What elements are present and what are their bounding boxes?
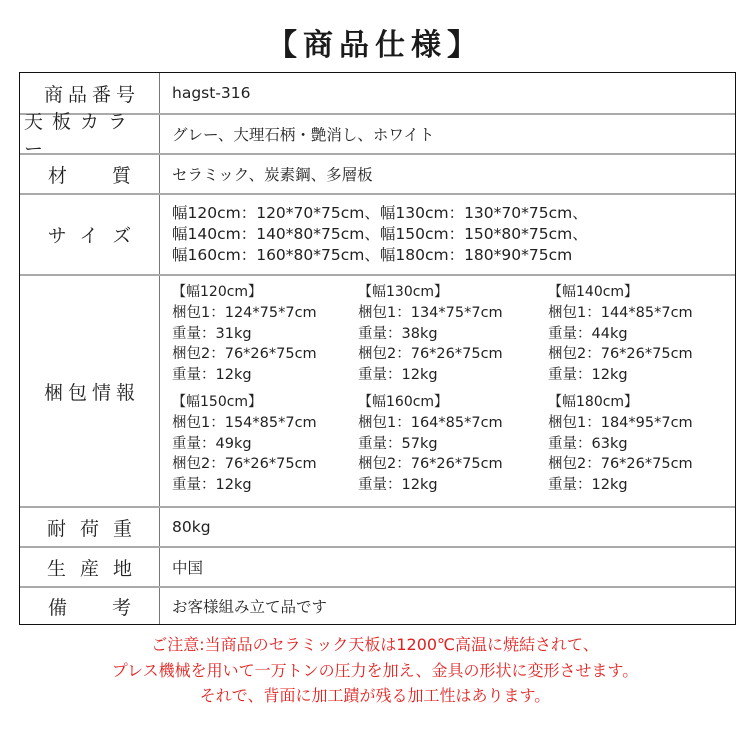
packaging-title: 【幅150cm】	[172, 392, 358, 413]
spec-table: 商品番号 hagst-316 天板カラー グレー、大理石柄・艶消し、ホワイト 材…	[19, 72, 736, 625]
packaging-weight2: 重量：12kg	[548, 475, 728, 496]
packaging-weight1: 重量：49kg	[172, 434, 358, 455]
packaging-box1: 梱包1：134*75*7cm	[358, 303, 548, 324]
packaging-weight1: 重量：31kg	[172, 324, 358, 345]
notice-text: ご注意:当商品のセラミック天板は1200℃高温に焼結されて、 プレス機械を用いて…	[0, 632, 750, 709]
packaging-title: 【幅180cm】	[548, 392, 728, 413]
packaging-weight1: 重量：38kg	[358, 324, 548, 345]
value-packaging: 【幅120cm】 梱包1：124*75*7cm 重量：31kg 梱包2：76*2…	[160, 276, 735, 506]
packaging-weight1: 重量：63kg	[548, 434, 728, 455]
packaging-weight1: 重量：57kg	[358, 434, 548, 455]
label-size: サイズ	[20, 195, 160, 274]
packaging-weight2: 重量：12kg	[358, 475, 548, 496]
packaging-block-120: 【幅120cm】 梱包1：124*75*7cm 重量：31kg 梱包2：76*2…	[172, 282, 358, 386]
label-material: 材 質	[20, 155, 160, 193]
value-size: 幅120cm：120*70*75cm、幅130cm：130*70*75cm、 幅…	[160, 195, 735, 274]
packaging-box2: 梱包2：76*26*75cm	[358, 454, 548, 475]
label-material-b: 質	[112, 161, 131, 188]
packaging-block-150: 【幅150cm】 梱包1：154*85*7cm 重量：49kg 梱包2：76*2…	[172, 392, 358, 496]
label-top-color: 天板カラー	[20, 115, 160, 153]
packaging-box2: 梱包2：76*26*75cm	[172, 454, 358, 475]
row-packaging: 梱包情報 【幅120cm】 梱包1：124*75*7cm 重量：31kg 梱包2…	[20, 274, 735, 506]
page-title: 【商品仕様】	[0, 20, 750, 64]
notice-line: それで、背面に加工蹟が残る加工性はあります。	[0, 683, 750, 709]
size-line: 幅120cm：120*70*75cm、幅130cm：130*70*75cm、	[172, 203, 588, 224]
packaging-block-140: 【幅140cm】 梱包1：144*85*7cm 重量：44kg 梱包2：76*2…	[548, 282, 728, 386]
packaging-weight2: 重量：12kg	[172, 475, 358, 496]
packaging-block-180: 【幅180cm】 梱包1：184*95*7cm 重量：63kg 梱包2：76*2…	[548, 392, 728, 496]
value-load-capacity: 80kg	[160, 508, 735, 546]
packaging-box1: 梱包1：154*85*7cm	[172, 413, 358, 434]
label-remarks-b: 考	[112, 593, 131, 620]
packaging-box1: 梱包1：164*85*7cm	[358, 413, 548, 434]
label-load-capacity: 耐荷重	[20, 508, 160, 546]
packaging-title: 【幅140cm】	[548, 282, 728, 303]
packaging-box2: 梱包2：76*26*75cm	[548, 344, 728, 365]
value-top-color: グレー、大理石柄・艶消し、ホワイト	[160, 115, 735, 153]
packaging-box1: 梱包1：144*85*7cm	[548, 303, 728, 324]
packaging-weight2: 重量：12kg	[548, 365, 728, 386]
row-load-capacity: 耐荷重 80kg	[20, 506, 735, 546]
size-line: 幅140cm：140*80*75cm、幅150cm：150*80*75cm、	[172, 224, 588, 245]
value-origin: 中国	[160, 548, 735, 586]
label-packaging: 梱包情報	[20, 276, 160, 506]
row-remarks: 備 考 お客様組み立て品です	[20, 586, 735, 624]
size-line: 幅160cm：160*80*75cm、幅180cm：180*90*75cm	[172, 245, 588, 266]
label-remarks: 備 考	[20, 588, 160, 624]
packaging-weight2: 重量：12kg	[172, 365, 358, 386]
row-size: サイズ 幅120cm：120*70*75cm、幅130cm：130*70*75c…	[20, 193, 735, 274]
label-origin: 生産地	[20, 548, 160, 586]
packaging-title: 【幅160cm】	[358, 392, 548, 413]
row-origin: 生産地 中国	[20, 546, 735, 586]
notice-line: プレス機械を用いて一万トンの圧力を加え、金具の形状に変形させます。	[0, 658, 750, 684]
packaging-block-130: 【幅130cm】 梱包1：134*75*7cm 重量：38kg 梱包2：76*2…	[358, 282, 548, 386]
row-material: 材 質 セラミック、炭素鋼、多層板	[20, 153, 735, 193]
label-remarks-a: 備	[48, 593, 67, 620]
packaging-weight2: 重量：12kg	[358, 365, 548, 386]
packaging-block-160: 【幅160cm】 梱包1：164*85*7cm 重量：57kg 梱包2：76*2…	[358, 392, 548, 496]
packaging-title: 【幅120cm】	[172, 282, 358, 303]
label-material-a: 材	[48, 161, 67, 188]
row-top-color: 天板カラー グレー、大理石柄・艶消し、ホワイト	[20, 113, 735, 153]
packaging-weight1: 重量：44kg	[548, 324, 728, 345]
packaging-box2: 梱包2：76*26*75cm	[548, 454, 728, 475]
packaging-title: 【幅130cm】	[358, 282, 548, 303]
packaging-box2: 梱包2：76*26*75cm	[358, 344, 548, 365]
packaging-box1: 梱包1：184*95*7cm	[548, 413, 728, 434]
packaging-box2: 梱包2：76*26*75cm	[172, 344, 358, 365]
value-material: セラミック、炭素鋼、多層板	[160, 155, 735, 193]
value-product-number: hagst-316	[160, 73, 735, 113]
value-remarks: お客様組み立て品です	[160, 588, 735, 624]
packaging-box1: 梱包1：124*75*7cm	[172, 303, 358, 324]
notice-line: ご注意:当商品のセラミック天板は1200℃高温に焼結されて、	[0, 632, 750, 658]
packaging-grid: 【幅120cm】 梱包1：124*75*7cm 重量：31kg 梱包2：76*2…	[172, 276, 735, 496]
